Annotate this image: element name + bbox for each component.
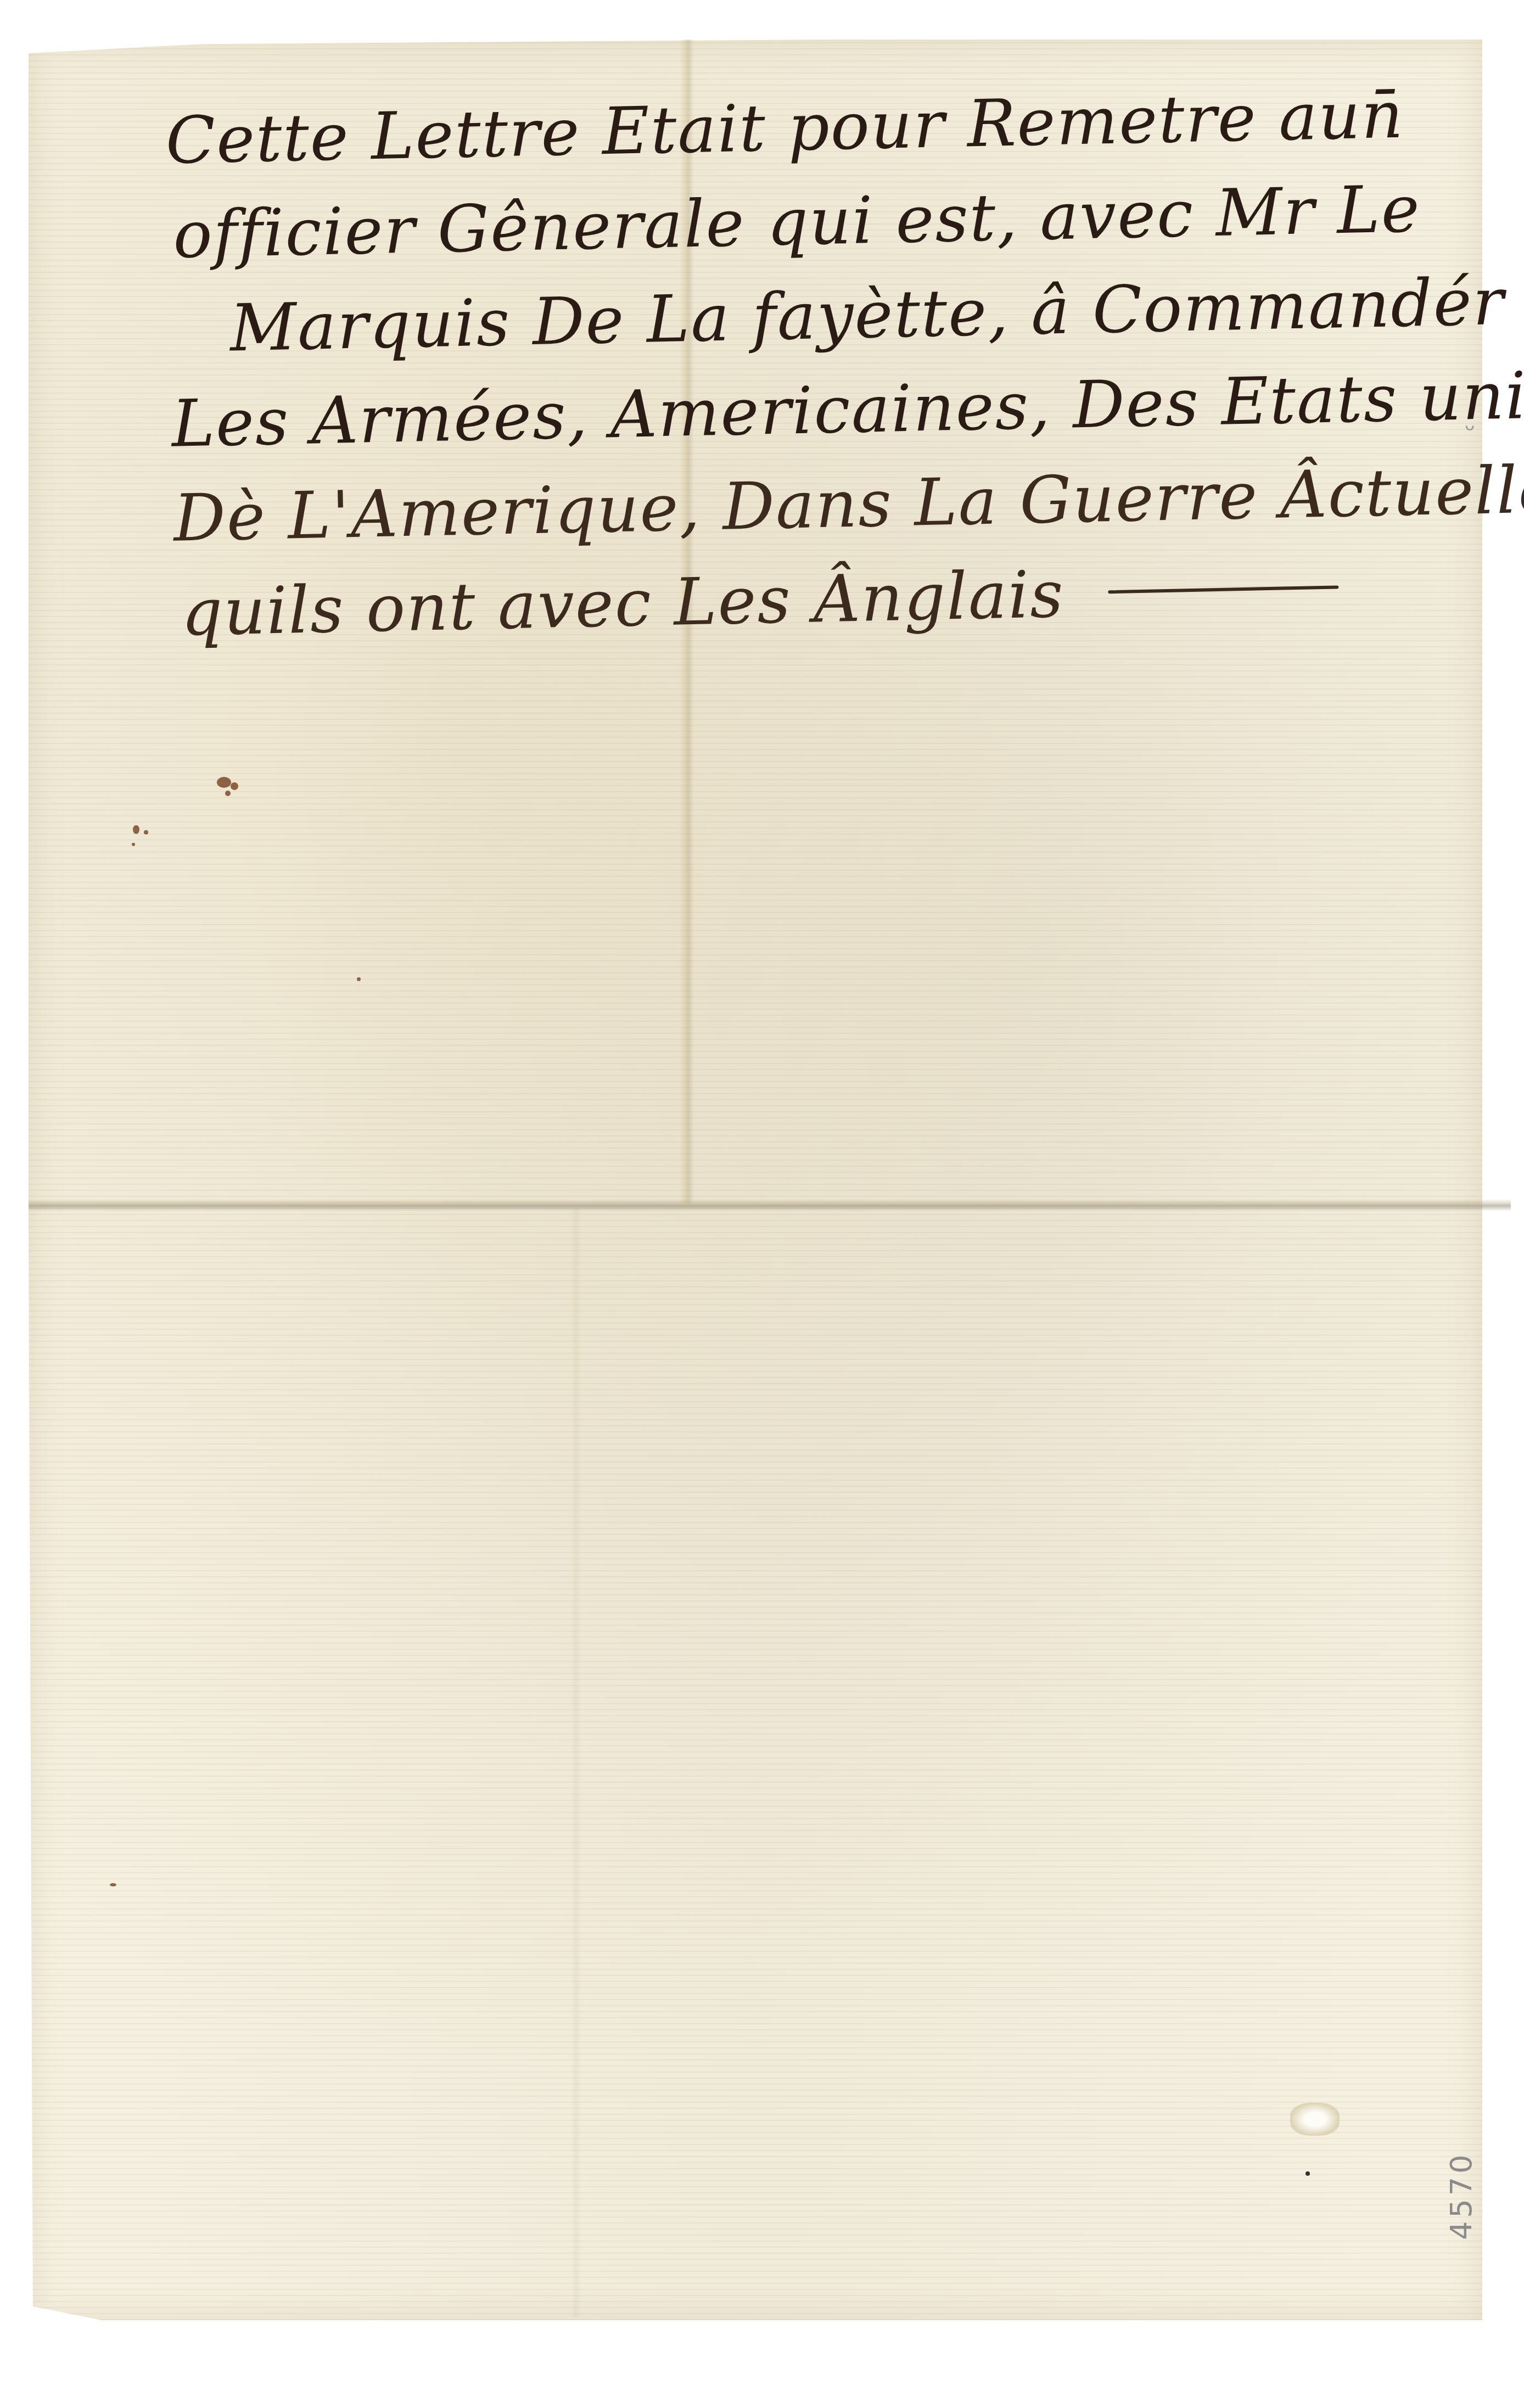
closing-flourish-dash (1108, 585, 1338, 593)
margin-mark: ᴗ (1465, 416, 1475, 435)
foxing-spot (357, 977, 361, 981)
foxing-spot (1306, 2171, 1310, 2176)
worn-paper-patch (1290, 2103, 1340, 2136)
foxing-spot (144, 830, 148, 835)
foxing-spot (132, 843, 135, 846)
foxing-spot (217, 777, 231, 788)
foxing-spot (133, 825, 139, 834)
handwritten-text-block: Cette Lettre Etait pour Remetre aun̄ off… (165, 66, 1466, 660)
foxing-spot (225, 791, 231, 796)
foxing-spot (110, 1883, 116, 1886)
pencil-annotation: 4570 (1444, 2152, 1478, 2240)
lower-vertical-fold-crease (571, 1208, 581, 2317)
text-line-6-words: quils ont avec Les Ânglais (180, 547, 1065, 660)
horizontal-fold-crease (29, 1199, 1511, 1211)
foxing-spot (231, 782, 238, 790)
